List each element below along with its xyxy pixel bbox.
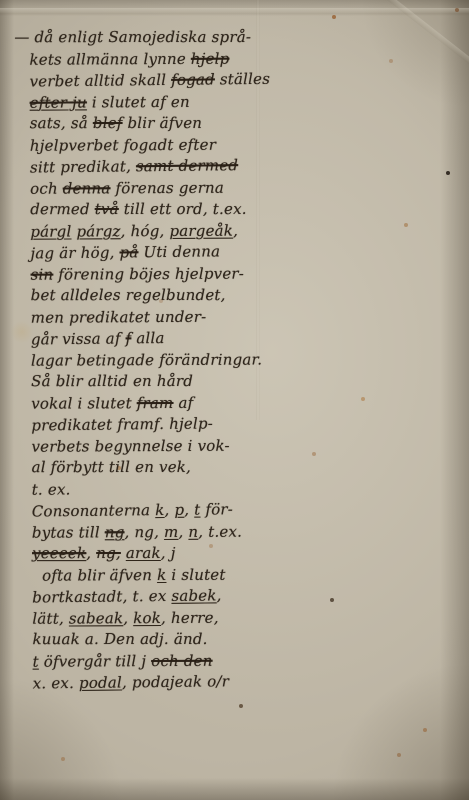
manuscript-line: sats, så blef blir äfven bbox=[30, 113, 292, 135]
struck-text: yeeeek bbox=[32, 544, 86, 562]
struck-text: ng, bbox=[96, 544, 121, 562]
paper-crease-top bbox=[0, 8, 469, 16]
underlined-word: p bbox=[174, 501, 184, 519]
struck-text: f bbox=[126, 329, 132, 347]
manuscript-line: och denna förenas gerna bbox=[30, 177, 292, 200]
manuscript-line: jag är hög, på Uti denna bbox=[30, 241, 292, 265]
struck-text: efter ju bbox=[30, 93, 87, 111]
handwritten-text-block: — då enligt Samojediska språ-kets allmän… bbox=[29, 26, 294, 694]
manuscript-line: hjelpverbet fogadt efter bbox=[30, 134, 292, 157]
manuscript-photo: — då enligt Samojediska språ-kets allmän… bbox=[0, 0, 469, 800]
manuscript-line: Consonanterna k, p, t för- bbox=[32, 499, 294, 523]
manuscript-line: predikatet framf. hjelp- bbox=[31, 413, 293, 437]
manuscript-line: går vissa af f alla bbox=[31, 327, 293, 351]
struck-text: denna bbox=[63, 179, 111, 197]
manuscript-line: men predikatet under- bbox=[31, 306, 293, 329]
struck-text: hjelp bbox=[191, 49, 230, 67]
struck-text: blef bbox=[93, 114, 123, 132]
struck-text: fogad bbox=[171, 70, 215, 88]
underlined-word: m bbox=[164, 522, 179, 540]
manuscript-line: — då enligt Samojediska språ- bbox=[29, 27, 291, 49]
manuscript-line: al förbytt till en vek, bbox=[32, 457, 294, 479]
underlined-word: n bbox=[188, 522, 198, 540]
manuscript-line: yeeeek, ng, arak, j bbox=[32, 543, 294, 565]
manuscript-line: bortkastadt, t. ex sabek, bbox=[32, 585, 294, 609]
underlined-word: efter ju bbox=[30, 93, 87, 111]
manuscript-line: bytas till ng, ng, m, n, t.ex. bbox=[32, 521, 294, 544]
manuscript-line: párgl párgz, hóg, pargeåk, bbox=[30, 220, 292, 243]
manuscript-line: bet alldeles regelbundet, bbox=[31, 285, 293, 307]
paper-crease-corner bbox=[372, 0, 469, 74]
manuscript-line: efter ju i slutet af en bbox=[30, 91, 292, 114]
underlined-word: arak bbox=[126, 544, 161, 562]
struck-text: två bbox=[95, 200, 119, 218]
underlined-word: párgl bbox=[30, 222, 71, 240]
struck-text: samt dermed bbox=[136, 156, 238, 175]
manuscript-line: kets allmänna lynne hjelp bbox=[29, 48, 291, 71]
underlined-word: podal bbox=[79, 673, 122, 691]
underlined-word: t bbox=[33, 652, 39, 670]
underlined-word: kok bbox=[133, 609, 161, 627]
manuscript-line: vokal i slutet fram af bbox=[31, 392, 293, 415]
manuscript-line: x. ex. podal, podajeak o/r bbox=[33, 671, 295, 695]
struck-text: fram bbox=[137, 393, 174, 411]
manuscript-line: sitt predikat, samt dermed bbox=[30, 155, 292, 179]
manuscript-line: lätt, sabeak, kok, herre, bbox=[32, 607, 294, 630]
underlined-word: sabek bbox=[171, 586, 216, 605]
struck-text: sin bbox=[31, 265, 54, 283]
manuscript-line: ofta blir äfven k i slutet bbox=[32, 564, 294, 587]
manuscript-line: t. ex. bbox=[32, 478, 294, 501]
underlined-word: sabeak bbox=[69, 609, 123, 627]
foxing-specks bbox=[0, 0, 2, 2]
underlined-word: párgz bbox=[76, 222, 120, 240]
underlined-word: t bbox=[194, 501, 200, 519]
underlined-word: pargeåk bbox=[169, 221, 233, 239]
manuscript-line: kuuak a. Den adj. änd. bbox=[32, 629, 294, 651]
manuscript-line: t öfvergår till j och den bbox=[33, 650, 295, 673]
struck-text: på bbox=[119, 243, 138, 261]
underlined-word: ng bbox=[105, 523, 125, 541]
manuscript-line: sin förening böjes hjelpver- bbox=[30, 263, 292, 286]
manuscript-line: verbets begynnelse i vok- bbox=[31, 435, 293, 458]
manuscript-line: dermed två till ett ord, t.ex. bbox=[30, 199, 292, 221]
underlined-word: k bbox=[155, 501, 165, 519]
struck-text: och den bbox=[151, 651, 212, 669]
manuscript-line: lagar betingade förändringar. bbox=[31, 349, 293, 372]
manuscript-line: Så blir alltid en hård bbox=[31, 371, 293, 393]
underlined-word: yeeeek bbox=[32, 544, 86, 562]
manuscript-line: verbet alltid skall fogad ställes bbox=[29, 69, 291, 93]
struck-text: ng bbox=[105, 523, 125, 541]
underlined-word: k bbox=[157, 565, 166, 583]
